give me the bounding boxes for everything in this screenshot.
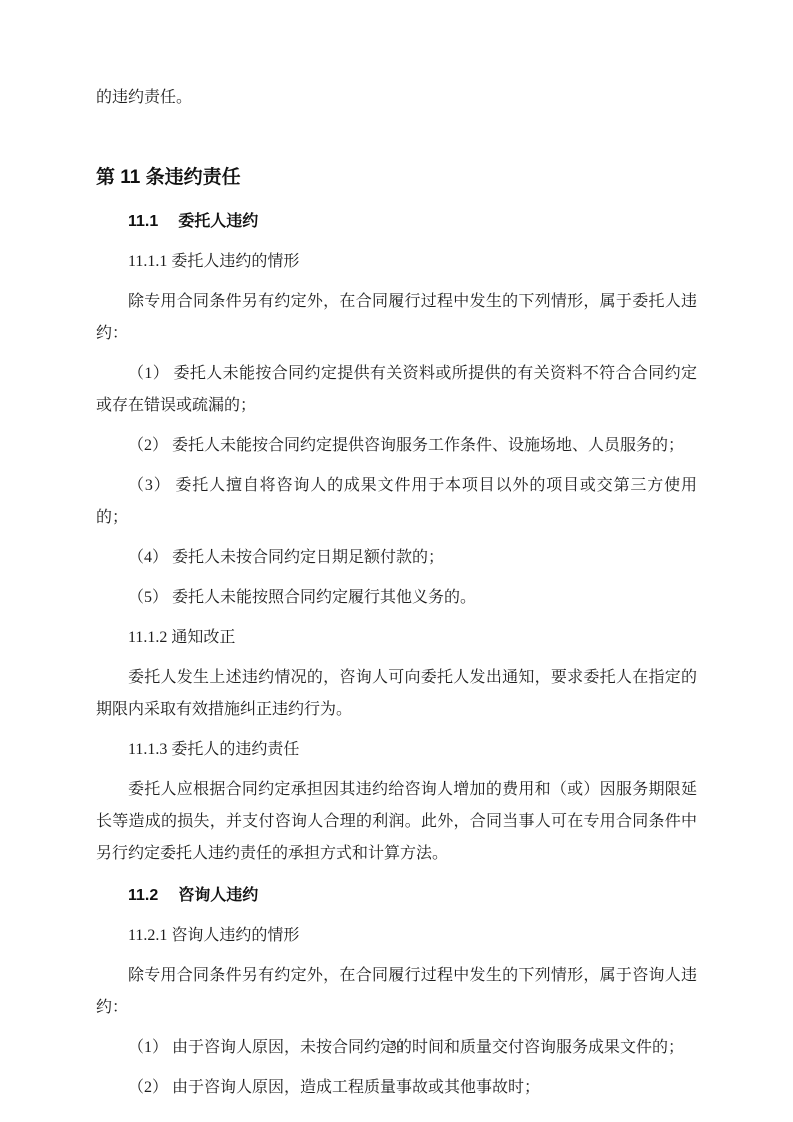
clause-heading-11-1-2: 11.1.2 通知改正 (96, 622, 697, 654)
section-heading-11-1: 11.1委托人违约 (96, 206, 697, 238)
list-item-4: （4） 委托人未按合同约定日期足额付款的； (96, 542, 697, 574)
clause-heading-11-1-3: 11.1.3 委托人的违约责任 (96, 734, 697, 766)
list-item-5: （5） 委托人未能按照合同约定履行其他义务的。 (96, 582, 697, 614)
list-item-1: （1） 委托人未能按合同约定提供有关资料或所提供的有关资料不符合合同约定或存在错… (96, 358, 697, 422)
page-content: 的违约责任。 第 11 条违约责任 11.1委托人违约 11.1.1 委托人违约… (0, 0, 793, 1104)
list-item-2: （2） 由于咨询人原因，造成工程质量事故或其他事故时； (96, 1072, 697, 1104)
section-number: 11.2 (128, 880, 158, 912)
clause-heading-11-1-1: 11.1.1 委托人违约的情形 (96, 246, 697, 278)
paragraph: 除专用合同条件另有约定外，在合同履行过程中发生的下列情形，属于委托人违约： (96, 286, 697, 350)
section-number: 11.1 (128, 206, 158, 238)
document-page: 的违约责任。 第 11 条违约责任 11.1委托人违约 11.1.1 委托人违约… (0, 0, 793, 1122)
section-title: 咨询人违约 (178, 887, 258, 904)
paragraph: 委托人应根据合同约定承担因其违约给咨询人增加的费用和（或）因服务期限延长等造成的… (96, 774, 697, 870)
paragraph: 除专用合同条件另有约定外，在合同履行过程中发生的下列情形，属于咨询人违约： (96, 960, 697, 1024)
list-item-3: （3） 委托人擅自将咨询人的成果文件用于本项目以外的项目或交第三方使用的； (96, 470, 697, 534)
paragraph: 委托人发生上述违约情况的，咨询人可向委托人发出通知，要求委托人在指定的期限内采取… (96, 662, 697, 726)
section-title: 委托人违约 (178, 213, 258, 230)
chapter-heading: 第 11 条违约责任 (96, 164, 697, 192)
section-heading-11-2: 11.2咨询人违约 (96, 880, 697, 912)
page-number: 30 (0, 1038, 793, 1054)
clause-heading-11-2-1: 11.2.1 咨询人违约的情形 (96, 920, 697, 952)
continuation-paragraph: 的违约责任。 (96, 82, 697, 114)
list-item-2: （2） 委托人未能按合同约定提供咨询服务工作条件、设施场地、人员服务的； (96, 430, 697, 462)
